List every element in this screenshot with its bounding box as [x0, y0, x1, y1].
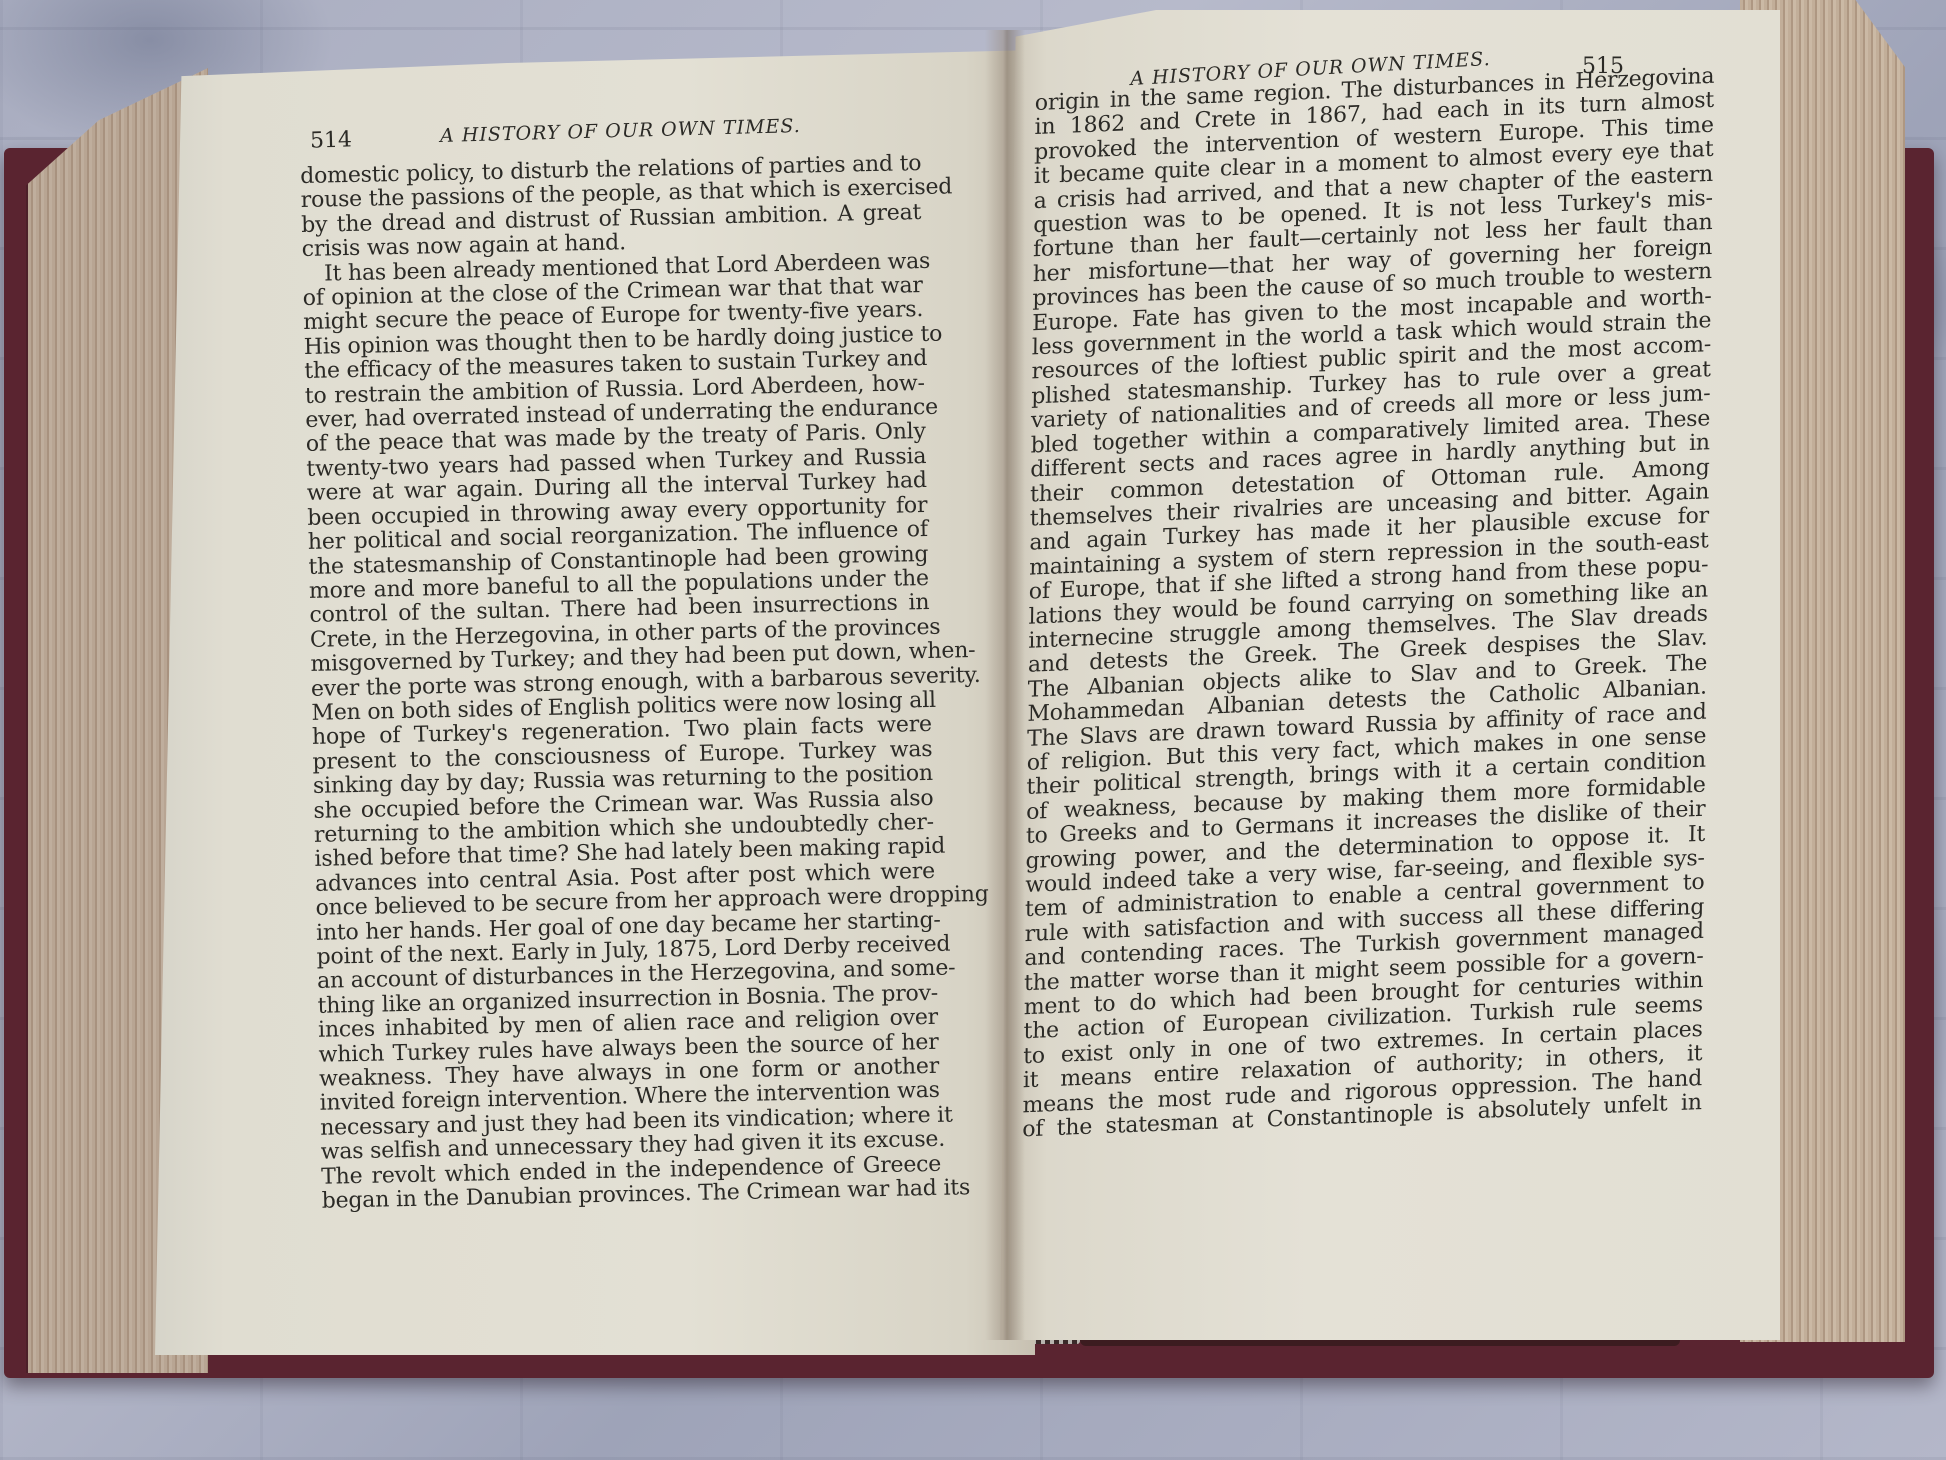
right-page-body: origin in the same region. The disturban…: [1022, 65, 1714, 1143]
book-gutter: [985, 30, 1025, 1340]
left-page-body: domestic policy, to disturb the relation…: [300, 152, 942, 1214]
page-number-left: 514: [310, 127, 353, 153]
